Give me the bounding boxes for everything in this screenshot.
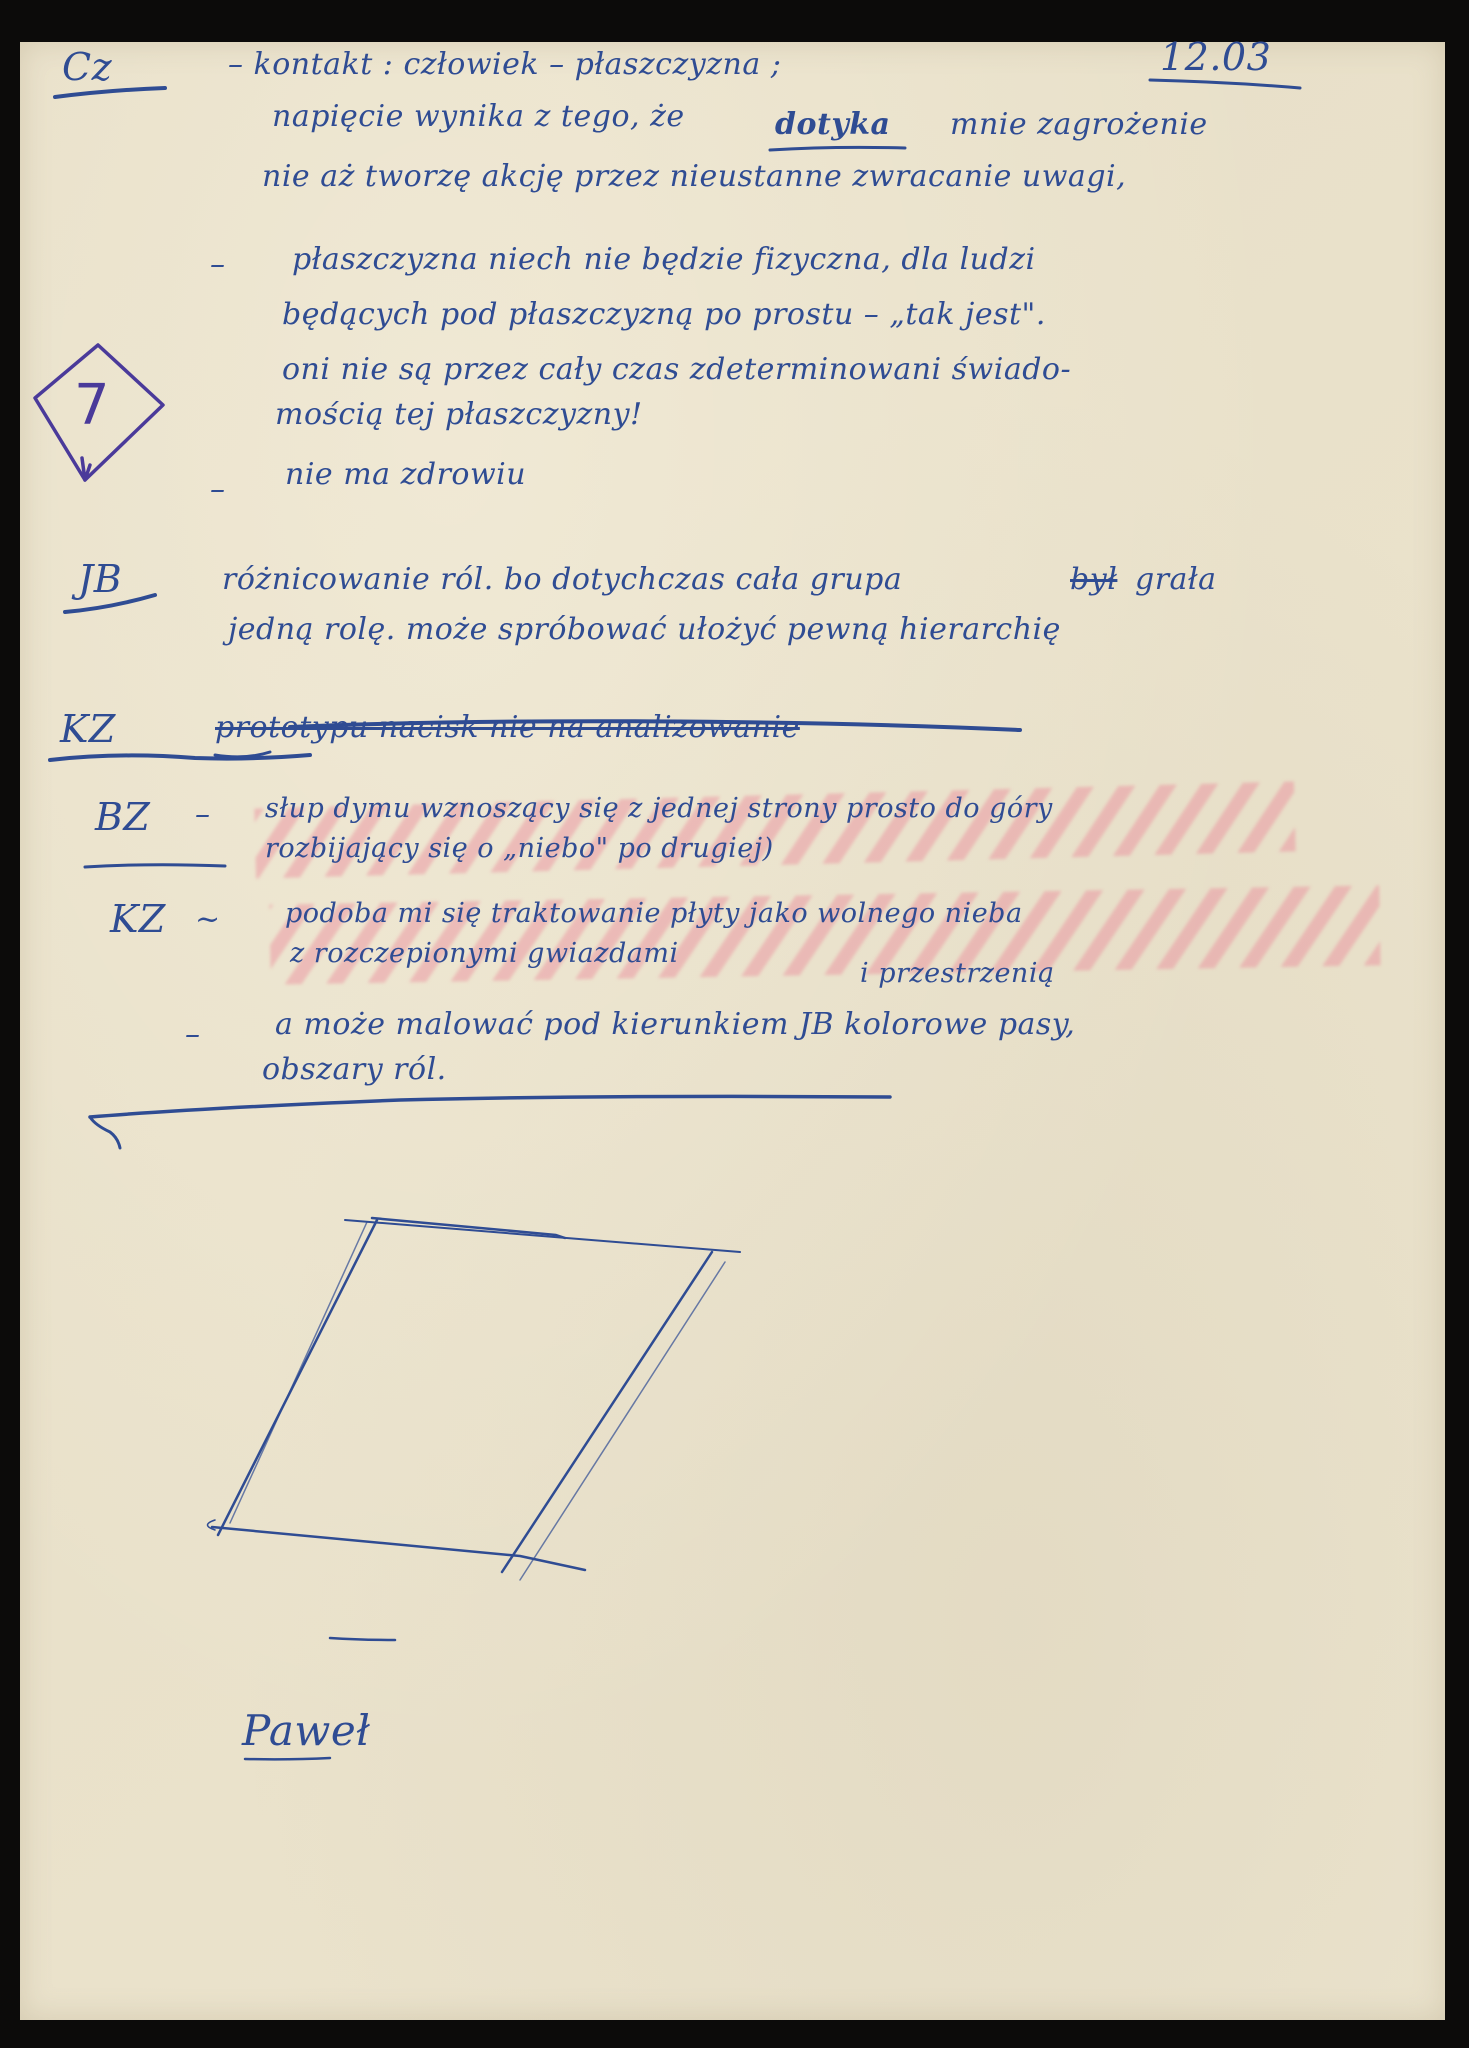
bullet-dash: – bbox=[195, 800, 211, 830]
note-line: i przestrzenią bbox=[860, 960, 1055, 987]
page-number: 7 bbox=[74, 378, 110, 434]
note-line: różnicowanie ról. bo dotychczas cała gru… bbox=[222, 565, 902, 595]
note-line: podoba mi się traktowanie płyty jako wol… bbox=[285, 900, 1023, 927]
section-label-bz: BZ bbox=[95, 798, 150, 836]
struck-word: był bbox=[1070, 565, 1117, 595]
note-line: grała bbox=[1135, 565, 1217, 595]
note-line: płaszczyzna niech nie będzie fizyczna, d… bbox=[292, 245, 1036, 275]
note-line-emphasis: dotyka bbox=[775, 110, 891, 140]
note-line: rozbijający się o „niebo" po drugiej) bbox=[265, 835, 774, 862]
note-line: słup dymu wznoszący się z jednej strony … bbox=[265, 795, 1053, 822]
bullet-dash: – bbox=[210, 250, 226, 280]
section-label-cz: Cz bbox=[62, 48, 112, 86]
note-line: oni nie są przez cały czas zdeterminowan… bbox=[282, 355, 1071, 385]
note-line: nie ma zdrowiu bbox=[285, 460, 526, 490]
note-line: mnie zagrożenie bbox=[950, 110, 1208, 140]
section-label-kz: KZ bbox=[60, 710, 116, 748]
note-line: napięcie wynika z tego, że bbox=[272, 102, 685, 132]
note-line: – kontakt : człowiek – płaszczyzna ; bbox=[228, 50, 781, 80]
struck-line: prototypu nacisk nie na analizowanie bbox=[215, 713, 800, 743]
note-line: mością tej płaszczyzny! bbox=[275, 400, 643, 430]
note-line: obszary ról. bbox=[262, 1055, 447, 1085]
note-line: jedną rolę. może spróbować ułożyć pewną … bbox=[228, 615, 1061, 645]
bullet-dash: – bbox=[210, 475, 226, 505]
bullet-tilde: ~ bbox=[195, 905, 221, 935]
section-label-kz-2: KZ bbox=[110, 900, 166, 938]
date: 12.03 bbox=[1160, 38, 1271, 76]
note-line: będących pod płaszczyzną po prostu – „ta… bbox=[282, 300, 1046, 330]
section-label-jb: JB bbox=[78, 560, 122, 598]
signature: Paweł bbox=[242, 1710, 370, 1752]
bullet-dash: – bbox=[185, 1020, 201, 1050]
note-line: z rozczepionymi gwiazdami bbox=[290, 940, 679, 967]
note-line: a może malować pod kierunkiem JB kolorow… bbox=[275, 1010, 1075, 1040]
note-line: nie aż tworzę akcję przez nieustanne zwr… bbox=[262, 162, 1126, 192]
